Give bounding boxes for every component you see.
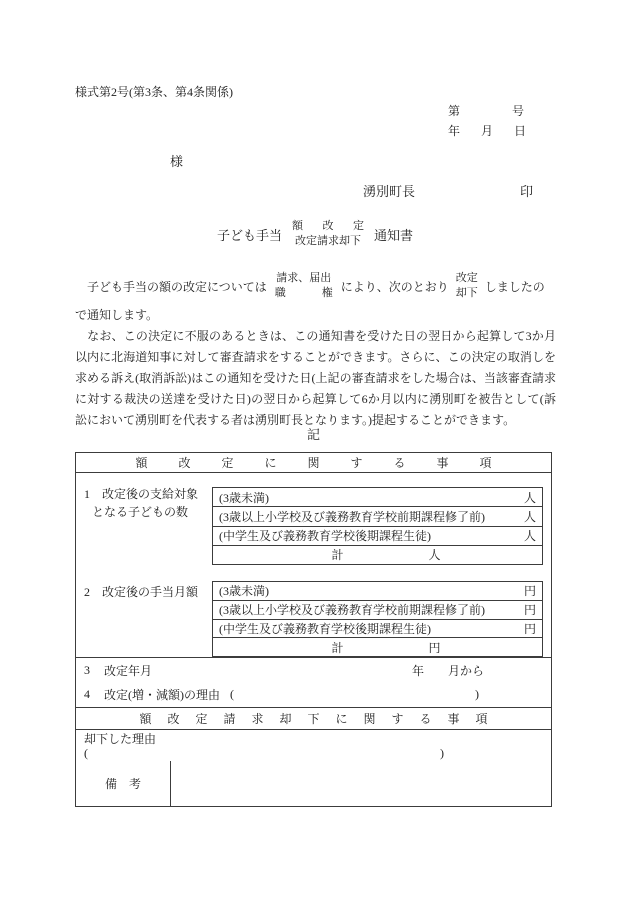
appeal-information: なお、この決定に不服のあるときは、この通知書を受けた日の翌日から起算して3か月以… <box>75 326 556 431</box>
revision-date-row: 3 改定年月 年 月から <box>76 657 551 682</box>
row-unit: 円 <box>524 582 536 599</box>
table-header-revision: 額改定に関する事項 <box>76 453 551 473</box>
row-label: (3歳以上小学校及び義務教育学校前期課程修了前) <box>219 601 485 618</box>
row-label: (3歳以上小学校及び義務教育学校前期課程修了前) <box>219 508 485 525</box>
title-option-bottom: 改定請求却下 <box>290 234 366 249</box>
notice-sentence-line2: で通知します。 <box>75 306 158 323</box>
monthly-amount-box: (3歳未満) 円 (3歳以上小学校及び義務教育学校前期課程修了前) 円 (中学生… <box>212 581 543 657</box>
table-header-rejection: 額改定請求却下に関する事項 <box>76 707 551 730</box>
document-page: 様式第2号(第3条、第4条関係) 第 号 年 月 日 様 湧別町長 印 子ども手… <box>0 0 630 915</box>
row3-number: 3 <box>84 663 104 678</box>
basis-option-bottom-left: 職 <box>275 286 286 301</box>
row-label: (3歳未満) <box>219 582 269 599</box>
table-row: (3歳未満) 人 <box>213 488 542 507</box>
title-option-top-char: 改 <box>323 219 334 234</box>
section2-number: 2 <box>84 583 102 601</box>
remarks-row: 備 考 <box>76 761 551 806</box>
row-unit: 人 <box>524 527 536 544</box>
row-label: (中学生及び義務教育学校後期課程生徒) <box>219 527 431 544</box>
doc-number-suffix: 号 <box>512 102 524 119</box>
addressee-suffix: 様 <box>170 151 183 170</box>
table-row: (3歳以上小学校及び義務教育学校前期課程修了前) 円 <box>213 601 542 620</box>
title-option-stack: 額 改 定 改定請求却下 <box>290 219 366 249</box>
table-row: (3歳未満) 円 <box>213 582 542 601</box>
title-suffix: 通知書 <box>374 225 413 244</box>
date-year-label: 年 <box>448 122 460 139</box>
row4-open-paren: ( <box>230 687 234 702</box>
date-day-label: 日 <box>514 122 526 139</box>
row4-number: 4 <box>84 687 104 702</box>
issuer-name: 湧別町長 <box>363 181 415 200</box>
rejection-open-paren: ( <box>84 746 88 760</box>
document-title: 子ども手当 額 改 定 改定請求却下 通知書 <box>75 216 555 252</box>
decision-option-stack: 改定 却下 <box>455 271 479 301</box>
table-row: (3歳以上小学校及び義務教育学校前期課程修了前) 人 <box>213 507 542 526</box>
row-unit: 人 <box>524 508 536 525</box>
row-unit: 人 <box>524 489 536 506</box>
rejection-reason-parens: ( ) <box>84 746 444 760</box>
section1-label: 1改定後の支給対象 となる子どもの数 <box>84 485 198 521</box>
children-count-total-row: 計 人 <box>213 546 542 564</box>
row-label: (中学生及び義務教育学校後期課程生徒) <box>219 620 431 637</box>
form-number: 様式第2号(第3条、第4条関係) <box>75 83 233 100</box>
section1-label-line1: 改定後の支給対象 <box>102 487 198 501</box>
basis-option-stack: 請求、届出 職 権 <box>273 271 335 301</box>
section2-label-line1: 改定後の手当月額 <box>102 585 198 599</box>
basis-option-top: 請求、届出 <box>273 271 335 286</box>
record-marker: 記 <box>75 424 552 443</box>
rejection-close-paren: ) <box>440 746 444 760</box>
revision-sections: 1改定後の支給対象 となる子どもの数 (3歳未満) 人 (3歳以上小学校及び義務… <box>76 473 551 657</box>
decision-option-bottom: 却下 <box>455 286 479 301</box>
row-unit: 円 <box>524 601 536 618</box>
sentence-mid: により、次のとおり <box>341 278 449 295</box>
table-header-revision-text: 額改定に関する事項 <box>135 454 522 471</box>
issuer-line: 湧別町長 印 <box>363 181 533 200</box>
section2-label: 2改定後の手当月額 <box>84 583 198 601</box>
date-month-label: 月 <box>481 122 493 139</box>
remarks-blank-area <box>171 761 551 806</box>
row4-close-paren: ) <box>475 687 479 702</box>
total-unit: 人 <box>429 546 441 563</box>
table-header-rejection-text: 額改定請求却下に関する事項 <box>139 710 503 727</box>
title-option-top-char: 定 <box>353 219 364 234</box>
total-label: 計 <box>331 546 343 563</box>
rejection-reason-label: 却下した理由 <box>84 732 543 746</box>
basis-option-bottom: 職 権 <box>273 286 335 301</box>
sentence-lead: 子ども手当の額の改定については <box>75 278 267 295</box>
section1-label-line2: となる子どもの数 <box>84 503 198 521</box>
monthly-amount-total-row: 計 円 <box>213 638 542 656</box>
details-table: 額改定に関する事項 1改定後の支給対象 となる子どもの数 (3歳未満) 人 (3… <box>75 452 552 807</box>
total-label: 計 <box>331 639 343 656</box>
row-label: (3歳未満) <box>219 489 269 506</box>
revision-reason-row: 4 改定(増・減額)の理由 ( ) <box>76 682 551 707</box>
doc-number-line: 第 号 <box>448 102 524 119</box>
rejection-reason-row: 却下した理由 ( ) <box>76 730 551 761</box>
children-count-box: (3歳未満) 人 (3歳以上小学校及び義務教育学校前期課程修了前) 人 (中学生… <box>212 487 543 565</box>
table-row: (中学生及び義務教育学校後期課程生徒) 円 <box>213 620 542 639</box>
row3-value: 年 月から <box>412 662 484 679</box>
row4-label: 改定(増・減額)の理由 <box>104 686 220 703</box>
basis-option-bottom-right: 権 <box>322 286 333 301</box>
total-unit: 円 <box>429 639 441 656</box>
title-option-top: 額 改 定 <box>290 219 366 234</box>
row-unit: 円 <box>524 620 536 637</box>
section1-number: 1 <box>84 485 102 503</box>
notice-sentence: 子ども手当の額の改定については 請求、届出 職 権 により、次のとおり 改定 却… <box>75 268 565 304</box>
row3-label: 改定年月 <box>104 662 152 679</box>
title-prefix: 子ども手当 <box>217 225 282 244</box>
seal-mark: 印 <box>520 181 533 200</box>
remarks-label: 備 考 <box>76 761 171 806</box>
doc-number-prefix: 第 <box>448 102 460 119</box>
decision-option-top: 改定 <box>455 271 479 286</box>
title-option-top-char: 額 <box>292 219 303 234</box>
table-row: (中学生及び義務教育学校後期課程生徒) 人 <box>213 527 542 546</box>
date-line: 年 月 日 <box>448 122 526 139</box>
sentence-tail: しましたの <box>485 278 545 295</box>
